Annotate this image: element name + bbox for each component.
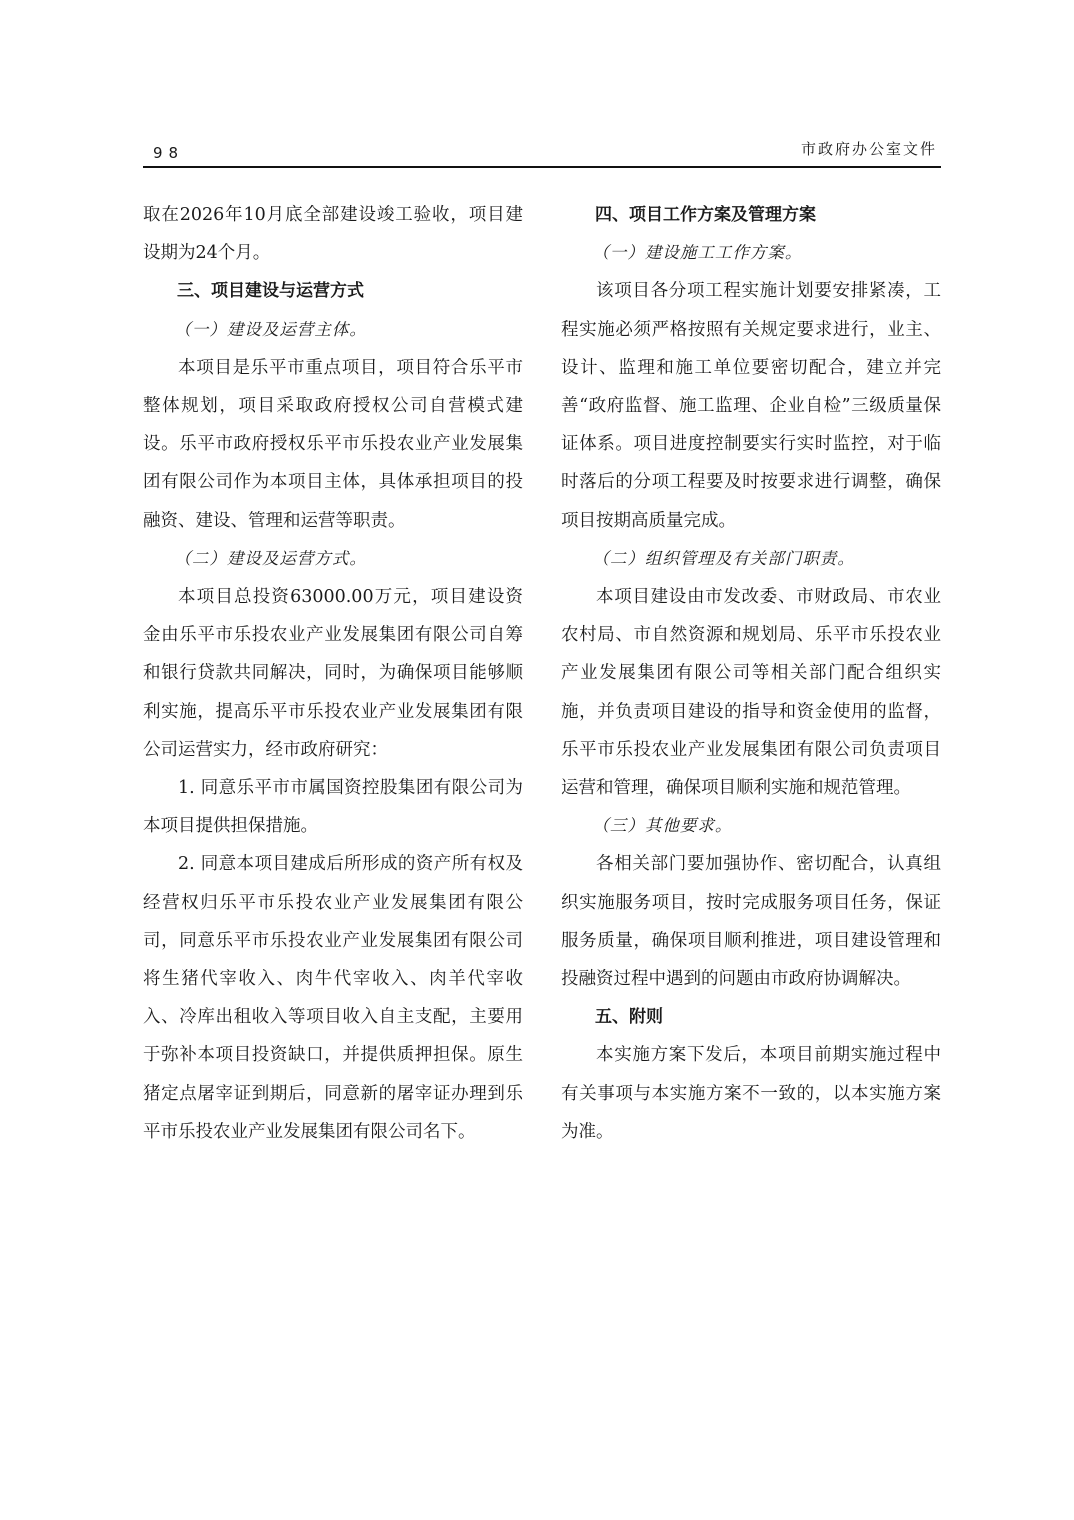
paragraph: 本项目建设由市发改委、市财政局、市农业农村局、市自然资源和规划局、乐平市乐投农业… — [561, 578, 941, 807]
paragraph: 本项目总投资63000.00万元，项目建设资金由乐平市乐投农业产业发展集团有限公… — [143, 578, 523, 769]
page-header: 98 市政府办公室文件 — [143, 136, 941, 168]
paragraph: 本实施方案下发后，本项目前期实施过程中有关事项与本实施方案不一致的，以本实施方案… — [561, 1036, 941, 1151]
list-item: 1. 同意乐平市市属国资控股集团有限公司为本项目提供担保措施。 — [143, 769, 523, 845]
section-5-heading: 五、附则 — [561, 998, 941, 1036]
subsection-heading: （二）建设及运营方式。 — [143, 540, 523, 578]
left-column: 取在2026年10月底全部建设竣工验收，项目建设期为24个月。 三、项目建设与运… — [143, 196, 523, 1151]
subsection-heading: （二）组织管理及有关部门职责。 — [561, 540, 941, 578]
document-name: 市政府办公室文件 — [801, 138, 937, 159]
subsection-heading: （三）其他要求。 — [561, 807, 941, 845]
subsection-heading: （一）建设施工工作方案。 — [561, 234, 941, 272]
page-number: 98 — [153, 144, 184, 162]
paragraph: 本项目是乐平市重点项目，项目符合乐平市整体规划，项目采取政府授权公司自营模式建设… — [143, 349, 523, 540]
paragraph: 该项目各分项工程实施计划要安排紧凑，工程实施必须严格按照有关规定要求进行，业主、… — [561, 272, 941, 539]
list-item: 2. 同意本项目建成后所形成的资产所有权及经营权归乐平市乐投农业产业发展集团有限… — [143, 845, 523, 1151]
paragraph: 各相关部门要加强协作、密切配合，认真组织实施服务项目，按时完成服务项目任务，保证… — [561, 845, 941, 998]
section-4-heading: 四、项目工作方案及管理方案 — [561, 196, 941, 234]
right-column: 四、项目工作方案及管理方案 （一）建设施工工作方案。 该项目各分项工程实施计划要… — [561, 196, 941, 1151]
section-3-heading: 三、项目建设与运营方式 — [143, 272, 523, 310]
paragraph-continued: 取在2026年10月底全部建设竣工验收，项目建设期为24个月。 — [143, 196, 523, 272]
subsection-heading: （一）建设及运营主体。 — [143, 311, 523, 349]
